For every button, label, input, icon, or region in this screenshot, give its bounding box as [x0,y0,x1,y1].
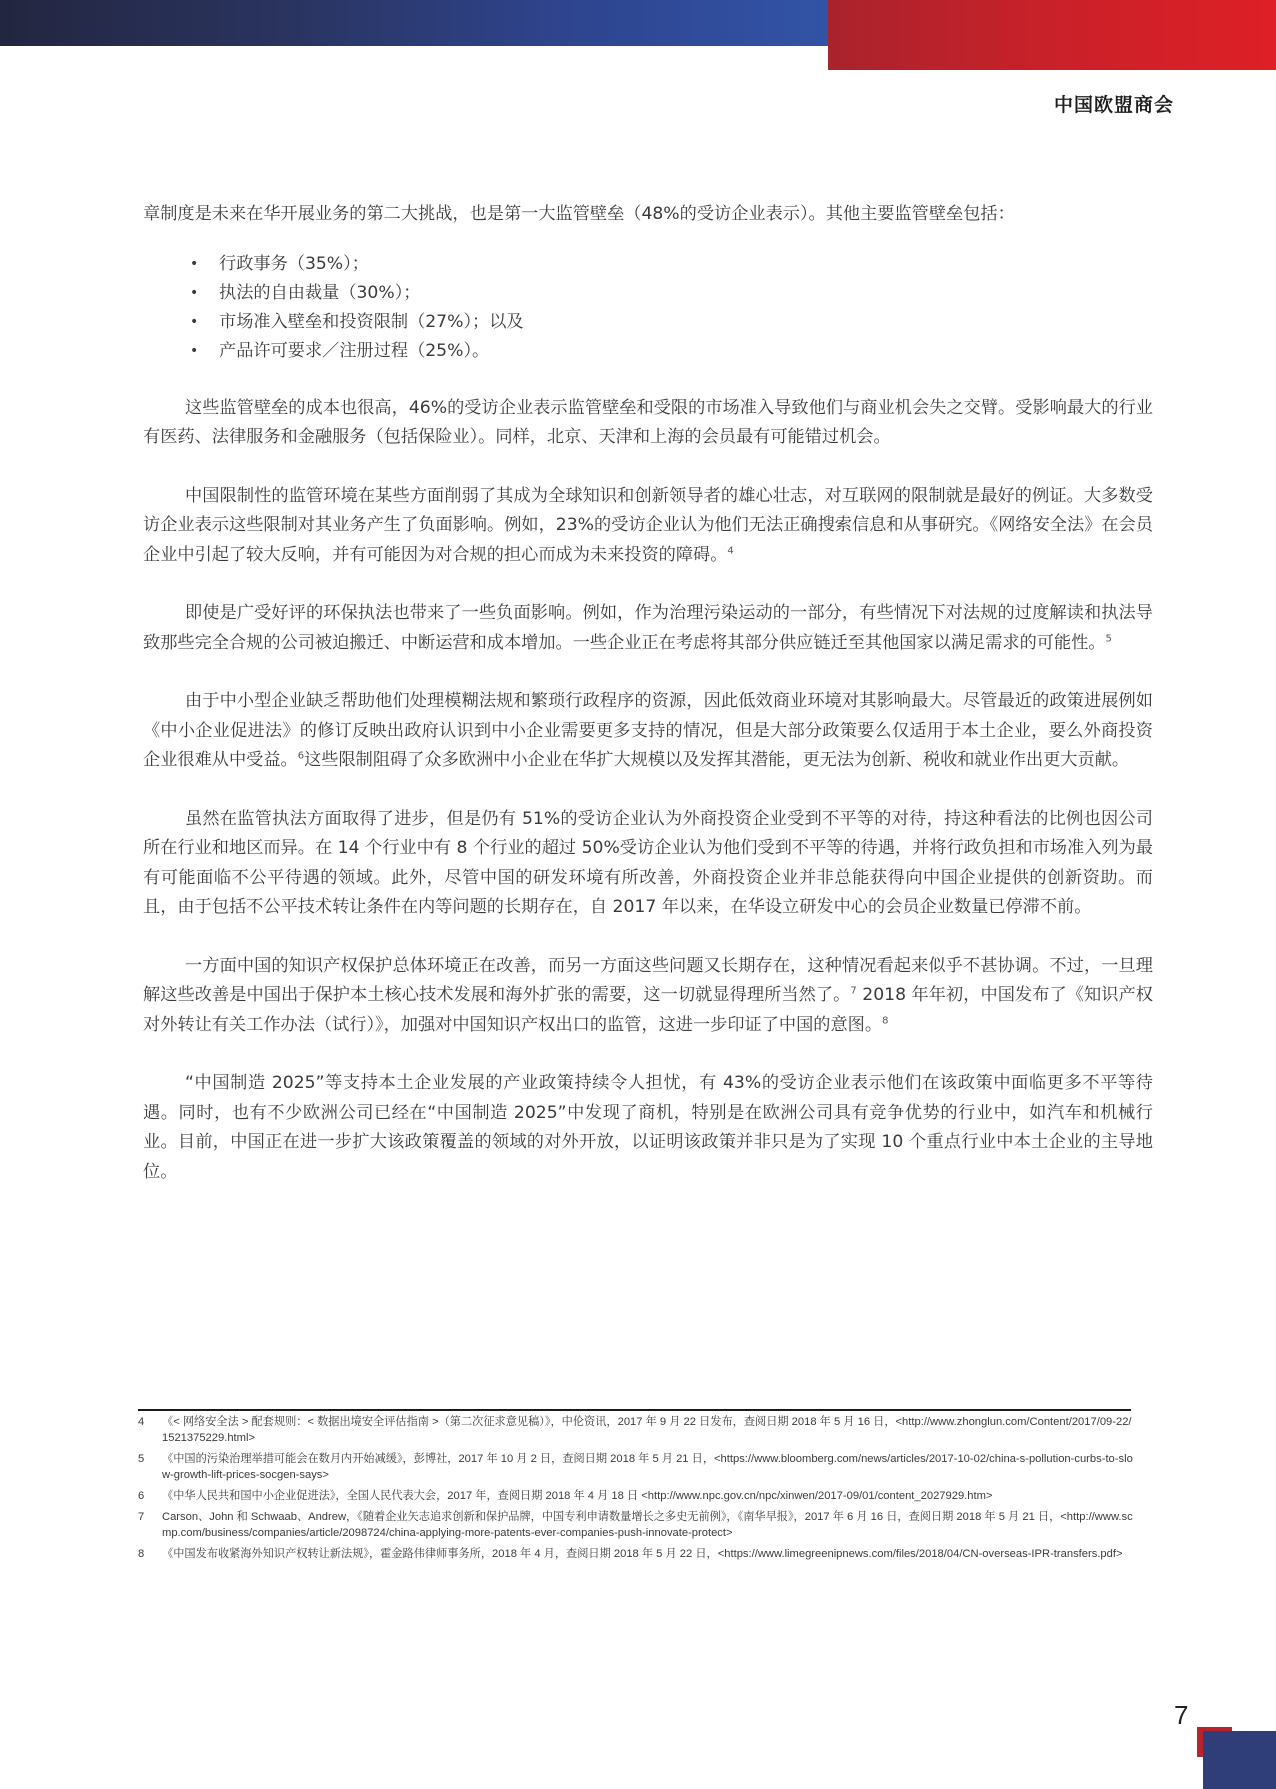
paragraph-text: 这些限制阻碍了众多欧洲中小企业在华扩大规模以及发挥其潜能，更无法为创新、税收和就… [304,750,1129,770]
paragraph-unequal-treatment: 虽然在监管执法方面取得了进步，但是仍有 51%的受访企业认为外商投资企业受到不平… [143,805,1153,923]
paragraph-text: 这些监管壁垒的成本也很高，46%的受访企业表示监管壁垒和受限的市场准入导致他们与… [143,398,1153,448]
list-item: • 执法的自由裁量（30%）； [143,279,1153,308]
footnote-8: 8 《中国发布收紧海外知识产权转让新法规》，霍金路伟律师事务所，2018 年 4… [138,1546,1133,1562]
footnote-number: 5 [138,1451,162,1483]
paragraph-text: 虽然在监管执法方面取得了进步，但是仍有 51%的受访企业认为外商投资企业受到不平… [143,809,1153,918]
list-item-text: 产品许可要求／注册过程（25%）。 [219,341,489,361]
footnote-divider [138,1409,1131,1411]
footnote-7: 7 Carson、John 和 Schwaab、Andrew，《随着企业矢志追求… [138,1509,1133,1541]
paragraph-smes: 由于中小型企业缺乏帮助他们处理模糊法规和繁琐行政程序的资源，因此低效商业环境对其… [143,687,1153,776]
corner-decoration-blue [1203,1731,1276,1789]
footnote-ref-8[interactable]: 8 [882,1015,888,1026]
header-red-block [828,0,1276,70]
footnote-text: 《< 网络安全法 > 配套规则：< 数据出境安全评估指南 >（第二次征求意见稿）… [162,1414,1133,1446]
list-item-text: 市场准入壁垒和投资限制（27%）；以及 [219,312,524,332]
list-item: • 市场准入壁垒和投资限制（27%）；以及 [143,308,1153,337]
paragraph-text: 即使是广受好评的环保执法也带来了一些负面影响。例如，作为治理污染运动的一部分，有… [143,603,1153,653]
footnote-ref-5[interactable]: 5 [1106,633,1112,644]
footnote-6: 6 《中华人民共和国中小企业促进法》，全国人民代表大会，2017 年，查阅日期 … [138,1488,1133,1504]
footnote-text: 《中国发布收紧海外知识产权转让新法规》，霍金路伟律师事务所，2018 年 4 月… [162,1546,1133,1562]
paragraph-made-in-china-2025: “中国制造 2025”等支持本土企业发展的产业政策持续令人担忧，有 43%的受访… [143,1069,1153,1187]
list-item: • 行政事务（35%）； [143,250,1153,279]
paragraph-environmental-enforcement: 即使是广受好评的环保执法也带来了一些负面影响。例如，作为治理污染运动的一部分，有… [143,599,1153,658]
bullet-icon: • [190,279,198,308]
footnote-number: 8 [138,1546,162,1562]
page-number: 7 [1174,1700,1188,1731]
list-item-text: 行政事务（35%）； [219,254,369,274]
paragraph-ipr-protection: 一方面中国的知识产权保护总体环境正在改善，而另一方面这些问题又长期存在，这种情况… [143,952,1153,1041]
footnote-text: 《中华人民共和国中小企业促进法》，全国人民代表大会，2017 年，查阅日期 20… [162,1488,1133,1504]
footnote-text: 《中国的污染治理举措可能会在数月内开始减缓》，彭博社，2017 年 10 月 2… [162,1451,1133,1483]
organization-name: 中国欧盟商会 [1054,90,1174,117]
header-blue-gradient-bar [0,0,828,46]
main-body-text: 章制度是未来在华开展业务的第二大挑战，也是第一大监管壁垒（48%的受访企业表示）… [143,200,1153,1216]
footnotes-section: 4 《< 网络安全法 > 配套规则：< 数据出境安全评估指南 >（第二次征求意见… [138,1414,1133,1567]
bullet-icon: • [190,308,198,337]
paragraph-cost-of-barriers: 这些监管壁垒的成本也很高，46%的受访企业表示监管壁垒和受限的市场准入导致他们与… [143,394,1153,453]
paragraph-internet-restrictions: 中国限制性的监管环境在某些方面削弱了其成为全球知识和创新领导者的雄心壮志，对互联… [143,482,1153,571]
footnote-number: 4 [138,1414,162,1446]
bullet-icon: • [190,337,198,366]
list-item: • 产品许可要求／注册过程（25%）。 [143,337,1153,366]
footnote-number: 7 [138,1509,162,1541]
paragraph-text: 中国限制性的监管环境在某些方面削弱了其成为全球知识和创新领导者的雄心壮志，对互联… [143,486,1153,565]
footnote-number: 6 [138,1488,162,1504]
list-item-text: 执法的自由裁量（30%）； [219,283,420,303]
regulatory-barriers-list: • 行政事务（35%）； • 执法的自由裁量（30%）； • 市场准入壁垒和投资… [143,250,1153,366]
footnote-ref-4[interactable]: 4 [727,545,733,556]
intro-paragraph: 章制度是未来在华开展业务的第二大挑战，也是第一大监管壁垒（48%的受访企业表示）… [143,200,1153,230]
footnote-text: Carson、John 和 Schwaab、Andrew，《随着企业矢志追求创新… [162,1509,1133,1541]
paragraph-text: “中国制造 2025”等支持本土企业发展的产业政策持续令人担忧，有 43%的受访… [143,1073,1153,1182]
bullet-icon: • [190,250,198,279]
footnote-5: 5 《中国的污染治理举措可能会在数月内开始减缓》，彭博社，2017 年 10 月… [138,1451,1133,1483]
footnote-4: 4 《< 网络安全法 > 配套规则：< 数据出境安全评估指南 >（第二次征求意见… [138,1414,1133,1446]
